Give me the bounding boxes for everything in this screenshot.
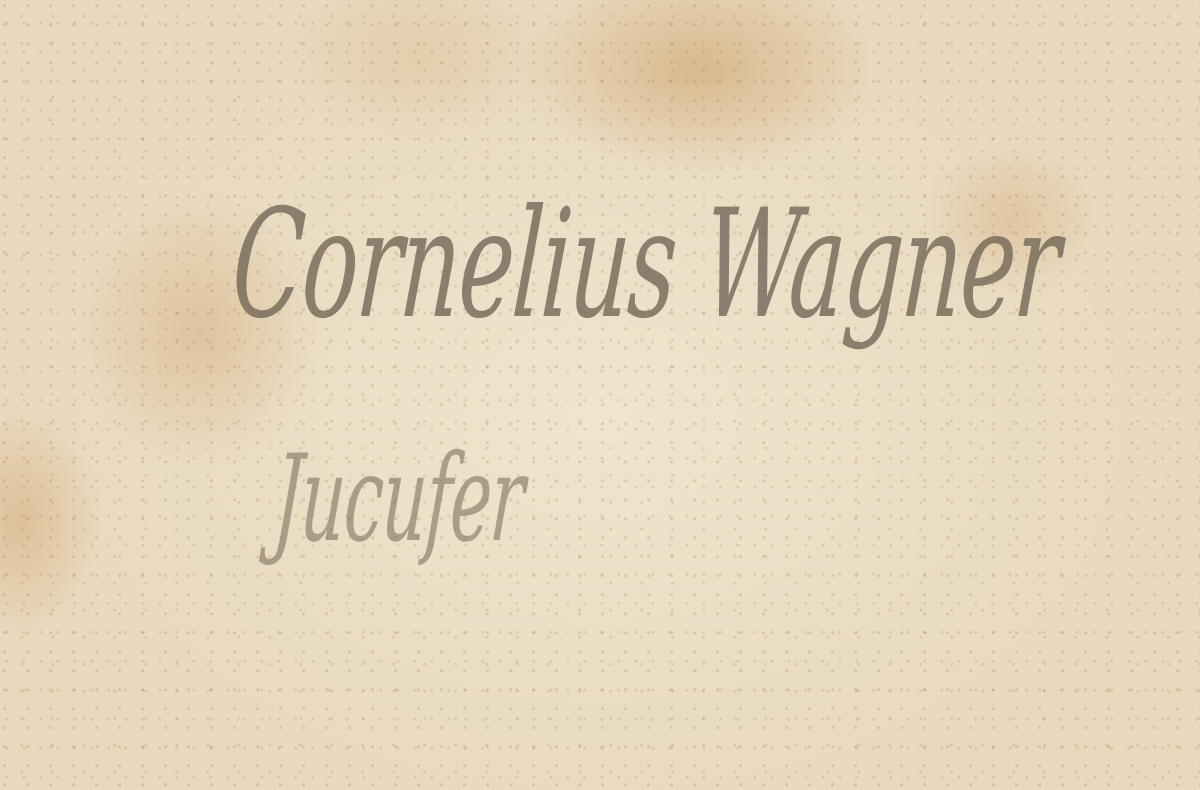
signature-subtitle: Jucufer <box>271 440 527 560</box>
foxing-speckles <box>0 0 1200 790</box>
signature-name: Cornelius Wagner <box>228 190 1063 340</box>
